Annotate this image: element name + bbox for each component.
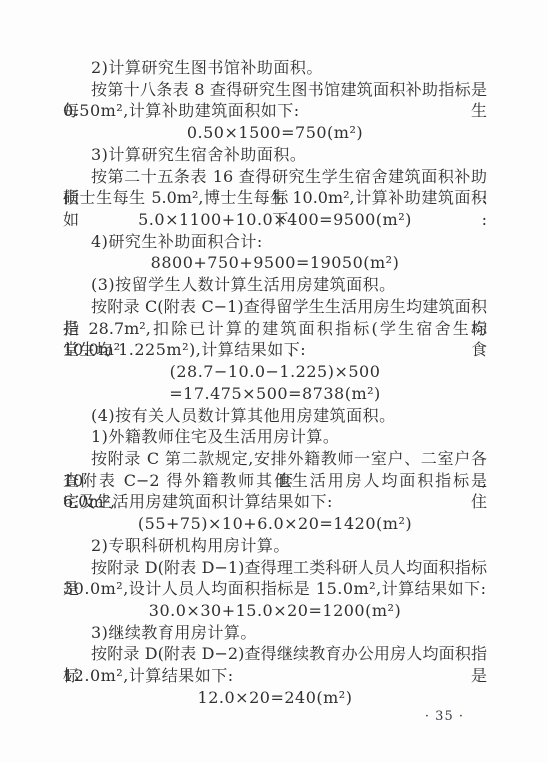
text-line: 3)继续教育用房计算。 xyxy=(63,622,487,644)
text-line: 2)计算研究生图书馆补助面积。 xyxy=(63,57,487,79)
text-line: 硕士生每生 5.0m²,博士生每生 10.0m²,计算补助建筑面积如下: xyxy=(63,187,487,209)
formula-line: 12.0×20=240(m²) xyxy=(63,687,487,709)
text-line: 按第二十五条表 16 查得研究生学生宿舍建筑面积补助指标: xyxy=(63,166,487,188)
document-body: 2)计算研究生图书馆补助面积。按第十八条表 8 查得研究生图书馆建筑面积补助指标… xyxy=(63,57,487,709)
text-line: (4)按有关人员数计算其他用房建筑面积。 xyxy=(63,405,487,427)
text-line: 按附录 C(附表 C−1)查得留学生生活用房生均建筑面积指标 xyxy=(63,296,487,318)
text-line: 按附录 C 第二款规定,安排外籍教师一室户、二室户各 10 套, xyxy=(63,448,487,470)
formula-line: 0.50×1500=750(m²) xyxy=(63,122,487,144)
text-line: (3)按留学生人数计算生活用房建筑面积。 xyxy=(63,274,487,296)
document-page: 2)计算研究生图书馆补助面积。按第十八条表 8 查得研究生图书馆建筑面积补助指标… xyxy=(0,0,548,763)
page-number: · 35 · xyxy=(425,708,464,726)
formula-line: =17.475×500=8738(m²) xyxy=(63,383,487,405)
text-line: 查附表 C−2 得外籍教师其他生活用房人均面积指标是 6.0m²,住 xyxy=(63,470,487,492)
text-line: 按附录 D(附表 D−2)查得继续教育办公用房人均面积指标是 xyxy=(63,643,487,665)
formula-line: (28.7−10.0−1.225)×500 xyxy=(63,361,487,383)
text-line: 按第十八条表 8 查得研究生图书馆建筑面积补助指标是每生 xyxy=(63,79,487,101)
formula-line: (55+75)×10+6.0×20=1420(m²) xyxy=(63,513,487,535)
text-line: 2)专职科研机构用房计算。 xyxy=(63,535,487,557)
formula-line: 8800+750+9500=19050(m²) xyxy=(63,252,487,274)
text-line: 30.0m²,设计人员人均面积指标是 15.0m²,计算结果如下: xyxy=(63,578,487,600)
text-line: 按附录 D(附表 D−1)查得理工类科研人员人均面积指标是 xyxy=(63,557,487,579)
text-line: 3)计算研究生宿舍补助面积。 xyxy=(63,144,487,166)
formula-line: 30.0×30+15.0×20=1200(m²) xyxy=(63,600,487,622)
text-line: 1)外籍教师住宅及生活用房计算。 xyxy=(63,426,487,448)
text-line: 是 28.7m²,扣除已计算的建筑面积指标(学生宿舍生均 10.0m²、食 xyxy=(63,318,487,340)
text-line: 4)研究生补助面积合计: xyxy=(63,231,487,253)
